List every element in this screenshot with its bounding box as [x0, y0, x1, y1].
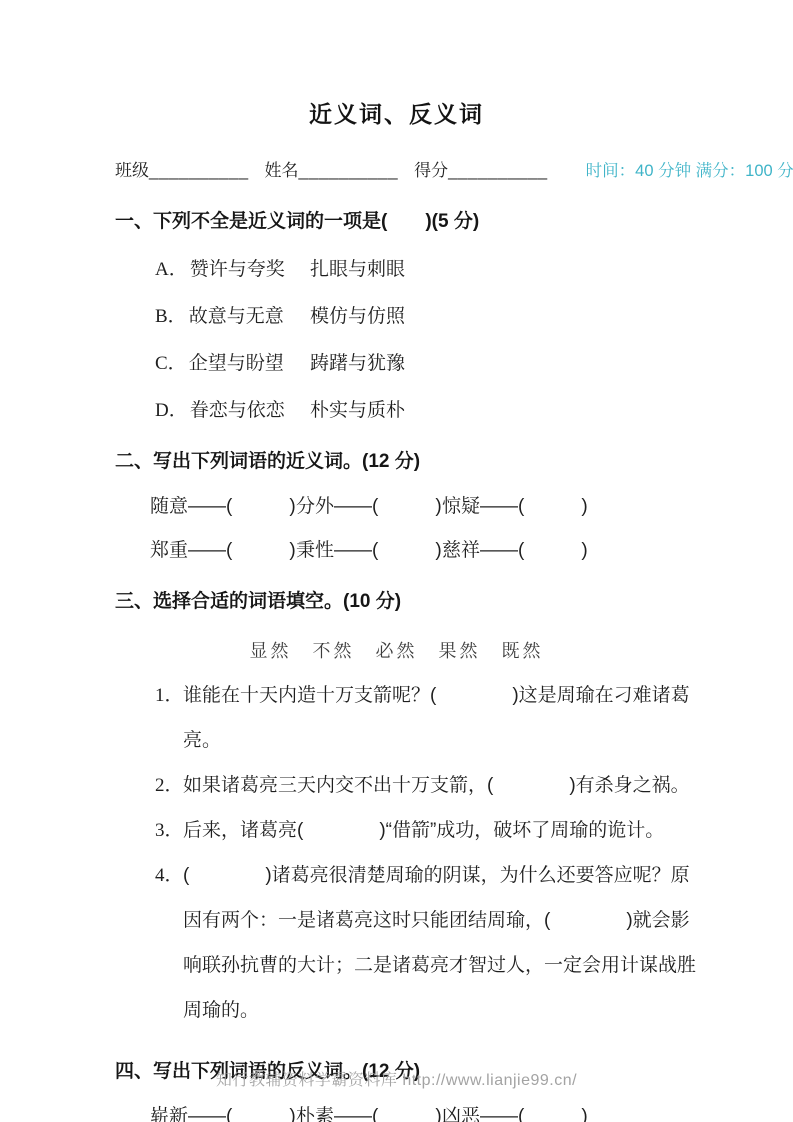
word-bank: 显然 不然 必然 果然 既然: [0, 637, 793, 663]
worksheet-page: 近义词、反义词 班级__________ 姓名__________ 得分____…: [0, 0, 793, 1122]
item-4-number: 4．: [155, 853, 184, 898]
option-a-row: A．赞许与夸奖 扎眼与刺眼: [155, 259, 793, 280]
score-blank-line: __________: [448, 161, 548, 180]
synonym-blank: 秉性——( ): [296, 540, 442, 561]
time-limit: 时间：40 分钟: [586, 162, 691, 180]
fill-item-3: 3．后来，诸葛亮( )“借箭”成功，破坏了周瑜的诡计。: [155, 808, 700, 853]
option-b-label: B．: [155, 306, 187, 327]
option-c-row: C．企望与盼望 踌躇与犹豫: [155, 353, 793, 374]
option-c-pair2: 踌躇与犹豫: [310, 353, 405, 374]
option-b-pair1: 故意与无意: [189, 306, 284, 327]
name-field: 姓名__________: [265, 156, 399, 181]
option-b-row: B．故意与无意 模仿与仿照: [155, 306, 793, 327]
antonym-blank: 朴素——( ): [296, 1106, 442, 1122]
item-2-number: 2．: [155, 763, 184, 808]
meta-row: 班级__________ 姓名__________ 得分__________ 时…: [115, 156, 793, 181]
item-3-text: 后来，诸葛亮( )“借箭”成功，破坏了周瑜的诡计。: [183, 820, 664, 841]
item-2-text: 如果诸葛亮三天内交不出十万支箭，( )有杀身之祸。: [183, 775, 690, 796]
class-blank-line: __________: [149, 161, 249, 180]
option-a-pair2: 扎眼与刺眼: [310, 259, 405, 280]
name-blank-line: __________: [299, 161, 399, 180]
option-a-label: A．: [155, 259, 188, 280]
class-field: 班级__________: [115, 156, 249, 181]
page-title: 近义词、反义词: [0, 0, 793, 129]
item-1-text: 谁能在十天内造十万支箭呢？( )这是周瑜在刁难诸葛亮。: [183, 685, 690, 751]
synonym-blank: 分外——( ): [296, 496, 442, 517]
section3-items: 1．谁能在十天内造十万支箭呢？( )这是周瑜在刁难诸葛亮。 2．如果诸葛亮三天内…: [155, 673, 700, 1033]
score-field: 得分__________: [414, 156, 548, 181]
option-d-pair1: 眷恋与依恋: [190, 400, 285, 421]
antonym-blank: 崭新——( ): [150, 1106, 296, 1122]
section2-heading: 二、写出下列词语的近义词。(12 分): [115, 451, 793, 473]
name-label: 姓名: [265, 161, 299, 180]
time-score-info: 时间：40 分钟 满分：100 分: [586, 157, 793, 181]
fill-item-1: 1．谁能在十天内造十万支箭呢？( )这是周瑜在刁难诸葛亮。: [155, 673, 700, 763]
fill-item-4: 4．( )诸葛亮很清楚周瑜的阴谋，为什么还要答应呢？原因有两个：一是诸葛亮这时只…: [155, 853, 700, 1033]
option-d-label: D．: [155, 400, 188, 421]
synonym-blank: 慈祥——( ): [442, 540, 588, 561]
score-label: 得分: [414, 161, 448, 180]
option-a-pair1: 赞许与夸奖: [190, 259, 285, 280]
item-4-text: ( )诸葛亮很清楚周瑜的阴谋，为什么还要答应呢？原因有两个：一是诸葛亮这时只能团…: [183, 865, 696, 1021]
option-c-label: C．: [155, 353, 187, 374]
antonym-row-1: 崭新——( ) 朴素——( ) 凶恶——( ): [150, 1106, 793, 1122]
item-1-number: 1．: [155, 673, 184, 718]
section3-heading: 三、选择合适的词语填空。(10 分): [115, 591, 793, 613]
section1-heading: 一、下列不全是近义词的一项是( )(5 分): [115, 211, 793, 233]
synonym-blank: 郑重——( ): [150, 540, 296, 561]
item-3-number: 3．: [155, 808, 184, 853]
option-d-row: D．眷恋与依恋 朴实与质朴: [155, 400, 793, 421]
synonym-blank: 惊疑——( ): [442, 496, 588, 517]
synonym-row-1: 随意——( ) 分外——( ) 惊疑——( ): [150, 496, 793, 517]
option-c-pair1: 企望与盼望: [189, 353, 284, 374]
synonym-blank: 随意——( ): [150, 496, 296, 517]
option-b-pair2: 模仿与仿照: [310, 306, 405, 327]
antonym-blank: 凶恶——( ): [442, 1106, 588, 1122]
synonym-row-2: 郑重——( ) 秉性——( ) 慈祥——( ): [150, 540, 793, 561]
fill-item-2: 2．如果诸葛亮三天内交不出十万支箭，( )有杀身之祸。: [155, 763, 700, 808]
full-score: 满分：100 分: [696, 162, 793, 180]
option-d-pair2: 朴实与质朴: [310, 400, 405, 421]
class-label: 班级: [115, 161, 149, 180]
footer-watermark: 知行教辅资料学霸资料库 http://www.lianjie99.cn/: [0, 1067, 793, 1090]
section1-options: A．赞许与夸奖 扎眼与刺眼 B．故意与无意 模仿与仿照 C．企望与盼望 踌躇与犹…: [155, 259, 793, 421]
